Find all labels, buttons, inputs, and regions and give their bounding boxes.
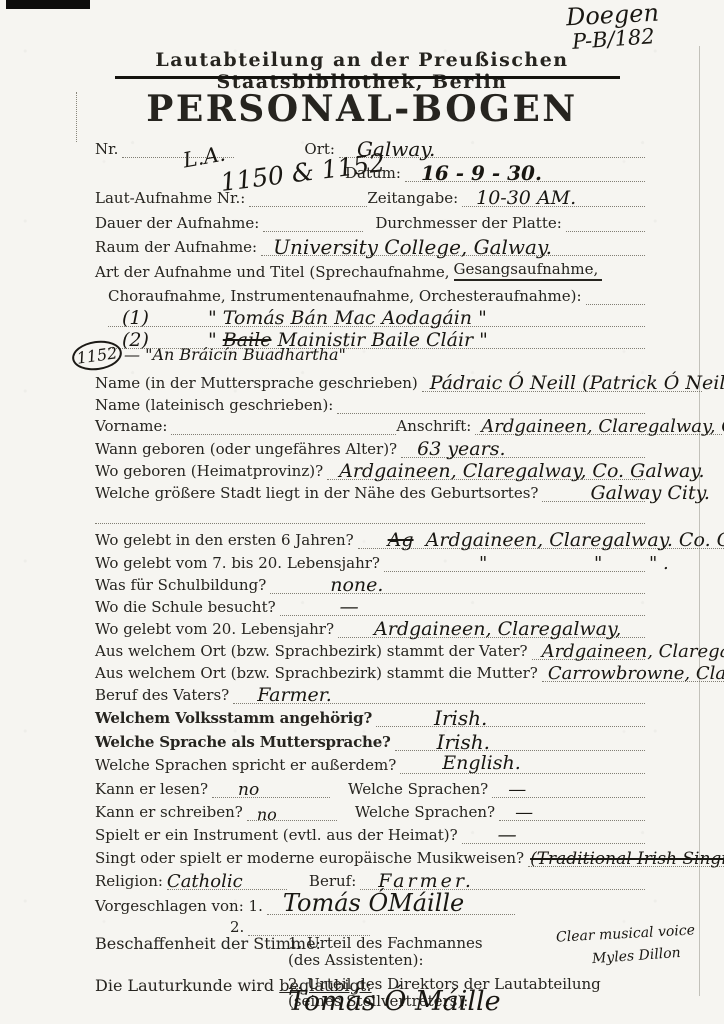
spacer	[363, 212, 375, 232]
handwritten-voice-note: Clear musical voice	[556, 922, 696, 945]
handwritten-title-3: — "An Bráicín Buadhartha"	[124, 345, 346, 364]
label-schule-besucht: Wo die Schule besucht?	[95, 599, 280, 616]
row-instrument: Spielt er ein Instrument (evtl. aus der …	[95, 822, 645, 844]
dotted-line-musikweisen: (Traditional Irish Singing) no.	[528, 846, 724, 867]
label-vorgeschlagen: Vorgeschlagen von: 1.	[95, 898, 267, 915]
dotted-line-gelebt-20: Ardgaineen, Claregalway,	[338, 617, 645, 638]
dotted-line-beruf: Farmer.	[360, 869, 645, 890]
row-gelebt-6-jahre: Wo gelebt in den ersten 6 Jahren? Ag Ard…	[95, 527, 724, 549]
label-urteil-1b: (des Assistenten):	[288, 951, 424, 969]
handwritten-volksstamm: Irish.	[434, 707, 487, 730]
handwritten-beglaubigt-signature: Tomás Ó Máille	[288, 986, 501, 1017]
row-schulbildung: Was für Schulbildung? none.	[95, 572, 645, 594]
page-title: PERSONAL-BOGEN	[0, 88, 724, 130]
label-muttersprache: Welche Sprache als Muttersprache?	[95, 734, 395, 751]
row-wann-geboren: Wann geboren (oder ungefähres Alter)? 63…	[95, 436, 645, 458]
row-religion-beruf: Religion: Catholic Beruf: Farmer.	[95, 868, 645, 890]
label-durchmesser: Durchmesser der Platte:	[375, 215, 565, 232]
row-vorname-anschrift: Vorname: Anschrift: Ardgaineen, Claregal…	[95, 413, 722, 435]
institution-header: Lautabteilung an der Preußischen Staatsb…	[60, 49, 664, 93]
dotted-line-datum: 16 - 9 - 30.	[405, 161, 645, 182]
label-groessere-stadt: Welche größere Stadt liegt in der Nähe d…	[95, 485, 542, 502]
label-religion: Religion:	[95, 873, 167, 890]
dotted-line-mutter-ort: Carrowbrowne, Claregalway.	[542, 661, 724, 682]
row-lesen: Kann er lesen? no Welche Sprachen? —	[95, 776, 645, 798]
dotted-line-volksstamm: Irish.	[376, 706, 645, 727]
label-urteil-1: 1. Urteil des Fachmannes	[288, 934, 483, 952]
dotted-line-durchmesser	[566, 211, 645, 232]
handwritten-instrument: —	[498, 825, 517, 847]
row-lautaufnahme-zeit: Laut-Aufnahme Nr.: Zeitangabe: 10-30 AM.	[95, 185, 645, 207]
dotted-line-vater-ort: Ardgaineen, Claregalway.	[532, 639, 645, 660]
dotted-line-gelebt-6: Ag Ardgaineen, Claregalway. Co. Galway	[358, 528, 724, 549]
dotted-line-laut-aufnahme	[249, 186, 367, 207]
label-wann-geboren: Wann geboren (oder ungefähres Alter)?	[95, 441, 401, 458]
label-name-lateinisch: Name (lateinisch geschrieben):	[95, 397, 337, 414]
label-beruf-vaters: Beruf des Vaters?	[95, 687, 233, 704]
row-raum: Raum der Aufnahme: University College, G…	[95, 234, 645, 256]
spacer	[330, 778, 348, 798]
label-anschrift: Anschrift:	[396, 418, 475, 435]
handwritten-voice-signature: Myles Dillon	[592, 945, 682, 967]
row-gelebt-7-20: Wo gelebt vom 7. bis 20. Lebensjahr? " "…	[95, 550, 645, 572]
label-schreiben: Kann er schreiben?	[95, 804, 247, 821]
dotted-line-wann-geboren: 63 years.	[401, 437, 645, 458]
label-datum: Datum:	[345, 165, 405, 182]
label-schreiben-sprachen: Welche Sprachen?	[355, 804, 499, 821]
row-vorgeschlagen: Vorgeschlagen von: 1. Tomás ÓMáille	[95, 889, 515, 915]
label-art-line1: Art der Aufnahme und Titel (Sprechaufnah…	[95, 264, 454, 281]
row-schule-besucht: Wo die Schule besucht? —	[95, 594, 645, 616]
label-laut-aufnahme: Laut-Aufnahme Nr.:	[95, 190, 249, 207]
dotted-line-beruf-vaters: Farmer.	[233, 683, 645, 704]
dotted-line-schreiben: no	[247, 800, 337, 821]
dotted-line-schulbildung: none.	[270, 573, 645, 594]
label-raum: Raum der Aufnahme:	[95, 239, 261, 256]
row-gelebt-20: Wo gelebt vom 20. Lebensjahr? Ardgaineen…	[95, 616, 645, 638]
dotted-line-vorgeschlagen-2	[248, 915, 370, 936]
handwritten-schreiben-sprachen: —	[515, 803, 533, 824]
spacer	[337, 801, 355, 821]
label-vater-ort: Aus welchem Ort (bzw. Sprachbezirk) stam…	[95, 643, 532, 660]
label-musikweisen: Singt oder spielt er moderne europäische…	[95, 850, 528, 867]
dotted-line-stadt: Galway City.	[542, 481, 645, 502]
scanned-personal-bogen-form: Doegen P-B/182 Lautabteilung an der Preu…	[0, 0, 724, 1024]
handwritten-beruf-vaters: Farmer.	[257, 685, 332, 707]
handwritten-sprachen-ausserdem: English.	[442, 753, 520, 775]
handwritten-ditto-3: " .	[649, 554, 669, 575]
handwritten-gelebt-6-struck: Ag	[388, 530, 414, 552]
label-beruf: Beruf:	[309, 873, 360, 890]
dotted-line-lesen: no	[212, 777, 330, 798]
spacer	[234, 138, 304, 158]
label-dauer: Dauer der Aufnahme:	[95, 215, 263, 232]
dotted-line-instrument: —	[462, 823, 645, 844]
label-wo-geboren: Wo geboren (Heimatprovinz)?	[95, 463, 327, 480]
dotted-line-muttersprache: Irish.	[395, 730, 645, 751]
dotted-line-ort: Galway.	[339, 137, 645, 158]
handwritten-anschrift: Ardgaineen, Claregalway, Co	[481, 417, 724, 438]
label-vorname: Vorname:	[95, 418, 171, 435]
row-datum: Datum: 16 - 9 - 30.	[345, 160, 645, 182]
row-wo-geboren: Wo geboren (Heimatprovinz)? Ardgaineen, …	[95, 458, 645, 480]
handwritten-raum: University College, Galway.	[273, 236, 552, 259]
label-gelebt-20: Wo gelebt vom 20. Lebensjahr?	[95, 621, 338, 638]
label-zeitangabe: Zeitangabe:	[367, 190, 462, 207]
row-vorgeschlagen-2: 2.	[230, 914, 370, 936]
label-gelebt-6-jahre: Wo gelebt in den ersten 6 Jahren?	[95, 532, 358, 549]
row-dauer-durchmesser: Dauer der Aufnahme: Durchmesser der Plat…	[95, 210, 645, 232]
row-mutter-ort: Aus welchem Ort (bzw. Sprachbezirk) stam…	[95, 660, 724, 682]
row-musikweisen: Singt oder spielt er moderne europäische…	[95, 845, 724, 867]
dotted-line-wo-geboren: Ardgaineen, Claregalway, Co. Galway.	[327, 459, 645, 480]
label-volksstamm: Welchem Volksstamm angehörig?	[95, 710, 376, 727]
row-vater-ort: Aus welchem Ort (bzw. Sprachbezirk) stam…	[95, 638, 645, 660]
handwritten-muttersprache: Irish.	[437, 731, 490, 754]
row-empty-line	[95, 502, 645, 524]
row-art-line1: Art der Aufnahme und Titel (Sprechaufnah…	[95, 259, 705, 281]
row-name-muttersprache: Name (in der Muttersprache geschrieben) …	[95, 366, 702, 392]
row-sprachen-ausserdem: Welche Sprachen spricht er außerdem? Eng…	[95, 752, 645, 774]
label-sprachen-ausserdem: Welche Sprachen spricht er außerdem?	[95, 757, 400, 774]
dotted-line-religion: Catholic	[167, 869, 287, 890]
scan-corner-mark	[6, 0, 90, 9]
dotted-line-name-lateinisch	[337, 393, 645, 414]
handwritten-datum: 16 - 9 - 30.	[421, 162, 542, 185]
label-instrument: Spielt er ein Instrument (evtl. aus der …	[95, 827, 462, 844]
dotted-line-sprachen-ausserdem: English.	[400, 753, 645, 774]
label-lesen: Kann er lesen?	[95, 781, 212, 798]
handwritten-title-3-num: 1152	[76, 343, 119, 367]
row-groessere-stadt: Welche größere Stadt liegt in der Nähe d…	[95, 480, 645, 502]
row-beruf-vaters: Beruf des Vaters? Farmer.	[95, 682, 645, 704]
dotted-line-anschrift: Ardgaineen, Claregalway, Co	[475, 414, 722, 435]
dotted-line-dauer	[263, 211, 363, 232]
label-mutter-ort: Aus welchem Ort (bzw. Sprachbezirk) stam…	[95, 665, 542, 682]
spacer	[287, 870, 309, 890]
dotted-line-schule: —	[280, 595, 645, 616]
dotted-line-gelebt-7-20: " " " .	[384, 551, 645, 572]
row-volksstamm: Welchem Volksstamm angehörig? Irish.	[95, 705, 645, 727]
label-gelebt-7-20: Wo gelebt vom 7. bis 20. Lebensjahr?	[95, 555, 384, 572]
label-gesangsaufnahme: Gesangsaufnahme,	[454, 261, 603, 281]
label-schulbildung: Was für Schulbildung?	[95, 577, 270, 594]
handwritten-gelebt-6: Ardgaineen, Claregalway. Co. Galway	[426, 530, 724, 552]
handwritten-zeitangabe: 10-30 AM.	[476, 188, 576, 210]
dotted-line-raum: University College, Galway.	[261, 235, 645, 256]
dotted-line-name-muttersprache: Pádraic Ó Neill (Patrick Ó Neill).	[422, 367, 702, 392]
dotted-line-vorgeschlagen: Tomás ÓMáille	[267, 890, 515, 915]
row-name-lateinisch: Name (lateinisch geschrieben):	[95, 392, 645, 414]
label-name-muttersprache: Name (in der Muttersprache geschrieben)	[95, 375, 422, 392]
handwritten-lesen-sprachen: —	[508, 780, 526, 801]
row-schreiben: Kann er schreiben? no Welche Sprachen? —	[95, 799, 645, 821]
dotted-line-empty	[95, 503, 645, 524]
row-muttersprache: Welche Sprache als Muttersprache? Irish.	[95, 729, 645, 751]
dotted-line-zeitangabe: 10-30 AM.	[462, 186, 645, 207]
dotted-line-schreiben-sprachen: —	[499, 800, 645, 821]
label-lesen-sprachen: Welche Sprachen?	[348, 781, 492, 798]
header-rule	[115, 76, 620, 79]
dotted-line-vorname	[171, 414, 396, 435]
dotted-line-lesen-sprachen: —	[492, 777, 645, 798]
label-nr: Nr.	[95, 141, 122, 158]
